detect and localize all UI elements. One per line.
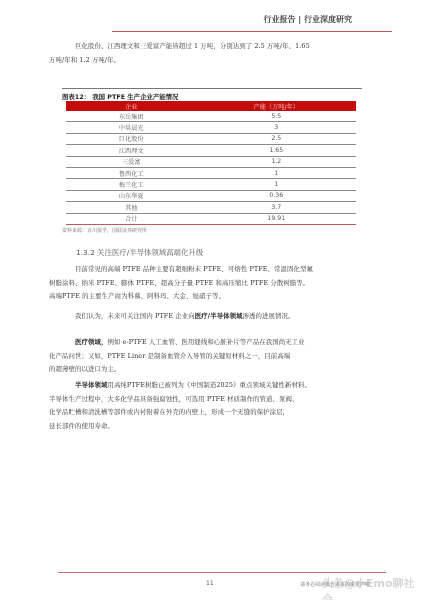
paragraph-outlook: 我们认为，未来可关注国内 PTFE 企业向医疗/半导体领域渗透的进展情况。	[62, 310, 362, 324]
p2-before: 我们认为，未来可关注国内 PTFE 企业向	[75, 312, 195, 320]
table-total-row: 合计19.91	[66, 213, 356, 224]
p2-bold: 医疗/半导体领域	[195, 312, 243, 320]
table-row: 江西理文1.65	[66, 145, 356, 156]
table-row: 梅兰化工1	[66, 179, 356, 190]
company-cell: 合计	[66, 213, 197, 224]
p3-bold: 医疗领域，	[75, 338, 107, 346]
p3-line-2: 化产品问世；又如，PTFE Liner 是制备血管介入导管的关键原材料之一，目前…	[49, 352, 290, 360]
p4-line-1: 用高纯PTFE树脂已被列为《中国制造2025》重点领域关键性新材料。	[107, 381, 310, 389]
p4-line-4: 延长部件的使用寿命。	[49, 422, 114, 430]
company-cell: 江西理文	[66, 145, 197, 156]
capacity-cell: 2.5	[197, 133, 357, 144]
capacity-cell: 1	[197, 179, 357, 190]
company-cell: 其他	[66, 202, 197, 213]
header-divider	[112, 31, 392, 32]
header-title: 行业报告 | 行业深度研究	[264, 14, 353, 25]
figure-title: 图表12： 我国 PTFE 生产企业产能情况	[62, 88, 362, 101]
capacity-cell: 0.36	[197, 190, 357, 201]
p1-line-1: 目前常见的高端 PTFE 品种主要有超细粉末 PTFE、可熔性 PTFE、常温固…	[75, 265, 313, 273]
footer-divider	[58, 572, 386, 573]
table-row: 东岳集团5.5	[66, 111, 356, 122]
company-cell: 山东华夏	[66, 190, 197, 201]
column-header-company: 企业	[66, 101, 197, 111]
company-cell: 三爱富	[66, 156, 197, 167]
p3-line-3: 的超薄壁的以进口为主。	[49, 365, 120, 373]
company-cell: 梅兰化工	[66, 179, 197, 190]
company-cell: 东岳集团	[66, 111, 197, 122]
company-cell: 鲁西化工	[66, 167, 197, 178]
capacity-cell: 3.7	[197, 202, 357, 213]
capacity-cell: 3	[197, 122, 357, 133]
watermark: 头条@小Emo聊社会	[322, 575, 424, 600]
page-number: 11	[206, 580, 214, 587]
table-row: 中昊晨光3	[66, 122, 356, 133]
p1-line-3: 高端PTFE 的主要生产商为科慕、阿科玛、大金、旭硝子等。	[49, 292, 225, 300]
intro-paragraph: 巨化股份、江西理文和三爱富产能皆超过 1 万吨，分别达到了 2.5 万吨/年、1…	[62, 40, 362, 67]
section-heading: 1.3.2 关注医疗/半导体领域高端化升级	[76, 247, 203, 258]
company-cell: 中昊晨光	[66, 122, 197, 133]
intro-line-1: 巨化股份、江西理文和三爱富产能皆超过 1 万吨，分别达到了 2.5 万吨/年、1…	[75, 42, 310, 50]
paragraph-medical: 医疗领域，例如 e-PTFE 人工血管、医用缝线和心脏补片等产品在我国尚无工业 …	[62, 336, 362, 377]
capacity-table: 企业 产能（万吨/年） 东岳集团5.5 中昊晨光3 巨化股份2.5 江西理文1.…	[66, 101, 356, 225]
paragraph-semiconductor: 半导体领域用高纯PTFE树脂已被列为《中国制造2025》重点领域关键性新材料。 …	[62, 379, 362, 433]
capacity-cell: 19.91	[197, 213, 357, 224]
capacity-cell: 1	[197, 167, 357, 178]
p4-line-3: 化学品贮槽和清洗槽等部件或内衬附着在外壳的内壁上，形成一个无缝的保护涂层，	[49, 408, 289, 416]
table-row: 巨化股份2.5	[66, 133, 356, 144]
table-row: 三爱富1.2	[66, 156, 356, 167]
paragraph-high-end-ptfe: 目前常见的高端 PTFE 品种主要有超细粉末 PTFE、可熔性 PTFE、常温固…	[62, 263, 362, 304]
figure-source: 资料来源：百川盈孚，国联证券研究所	[62, 227, 147, 234]
table-row: 山东华夏0.36	[66, 190, 356, 201]
capacity-cell: 5.5	[197, 111, 357, 122]
p1-line-2: 树脂涂料、纳米 PTFE、膨体 PTFE、超高分子量 PTFE 和高压缩比 PT…	[49, 279, 309, 287]
p2-after: 渗透的进展情况。	[243, 312, 295, 320]
table-row: 其他3.7	[66, 202, 356, 213]
capacity-cell: 1.65	[197, 145, 357, 156]
intro-line-2: 万吨/年和 1.2 万吨/年。	[49, 56, 120, 64]
table-header-row: 企业 产能（万吨/年）	[66, 101, 356, 111]
capacity-cell: 1.2	[197, 156, 357, 167]
company-cell: 巨化股份	[66, 133, 197, 144]
p4-line-2: 半导体生产过程中，大多化学品具备强腐蚀性，可选用 PTFE 材质制作的管道、泵阀…	[49, 395, 299, 403]
p4-bold: 半导体领域	[75, 381, 107, 389]
table-row: 鲁西化工1	[66, 167, 356, 178]
column-header-capacity: 产能（万吨/年）	[197, 101, 357, 111]
p3-line-1: 例如 e-PTFE 人工血管、医用缝线和心脏补片等产品在我国尚无工业	[107, 338, 304, 346]
